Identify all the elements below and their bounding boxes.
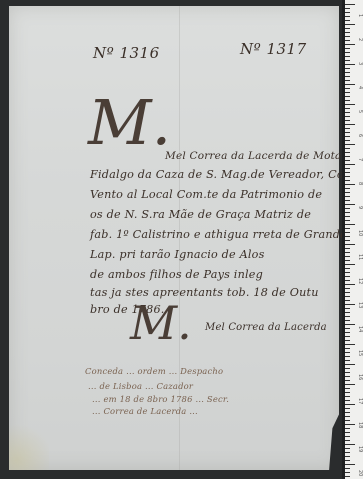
ruler-tick (345, 112, 350, 113)
ruler-tick (345, 340, 350, 341)
ruler-label: 13 (357, 302, 363, 308)
ruler-label: 18 (357, 422, 363, 428)
ruler-tick (345, 376, 350, 377)
ruler-tick (345, 460, 350, 461)
ruler-tick (345, 456, 350, 457)
ruler-tick (345, 244, 355, 245)
ruler-tick (345, 36, 350, 37)
ruler-tick (345, 184, 355, 185)
ruler-tick (345, 312, 350, 313)
ruler-label: 14 (357, 326, 363, 332)
ruler-tick (345, 304, 355, 305)
ruler-tick (345, 88, 350, 89)
ruler-tick (345, 336, 350, 337)
ruler-tick (345, 144, 355, 145)
ruler-tick (345, 400, 350, 401)
signature: Mel Correa da Lacerda (205, 322, 327, 333)
ruler-tick (345, 200, 350, 201)
ruler-tick (345, 120, 350, 121)
ruler-label: 16 (357, 374, 363, 380)
ruler-label: 10 (357, 230, 363, 236)
ruler-tick (345, 440, 350, 441)
folio-number-right: Nº 1317 (240, 40, 307, 58)
ruler-tick (345, 392, 350, 393)
ruler-tick (345, 104, 355, 105)
annotation-line: ... Correa de Lacerda ... (92, 406, 198, 416)
ruler-tick (345, 160, 350, 161)
ruler-tick (345, 432, 350, 433)
ruler-tick (345, 260, 350, 261)
ruler-tick (345, 344, 355, 345)
ruler-tick (345, 388, 350, 389)
ruler-label: 9 (357, 206, 363, 209)
ruler-tick (345, 324, 355, 325)
ruler-tick (345, 228, 350, 229)
ruler-tick (345, 156, 350, 157)
ruler-tick (345, 308, 350, 309)
body-line: Vento al Local Com.te da Patrimonio de (90, 188, 322, 201)
ruler-tick (345, 12, 350, 13)
ruler-tick (345, 248, 350, 249)
signature-flourish: M. (130, 296, 192, 350)
ruler-tick (345, 148, 350, 149)
ruler-tick (345, 60, 350, 61)
ruler-tick (345, 416, 350, 417)
ruler-tick (345, 204, 355, 205)
ruler-tick (345, 216, 350, 217)
ruler-tick (345, 300, 350, 301)
ruler-tick (345, 232, 350, 233)
ruler-tick (345, 224, 355, 225)
ruler-tick (345, 220, 350, 221)
ruler-tick (345, 372, 350, 373)
ruler-tick (345, 428, 350, 429)
ruler-tick (345, 316, 350, 317)
ruler-tick (345, 72, 350, 73)
ruler-tick (345, 176, 350, 177)
ruler-tick (345, 152, 350, 153)
ruler-tick (345, 252, 350, 253)
ruler-label: 4 (357, 86, 363, 89)
ruler-tick (345, 420, 350, 421)
body-line: de ambos filhos de Pays inleg (90, 268, 263, 281)
body-line: os de N. S.ra Mãe de Graça Matriz de (90, 208, 311, 221)
ruler-tick (345, 396, 350, 397)
ruler-tick (345, 24, 355, 25)
ruler-tick (345, 8, 350, 9)
ruler-tick (345, 280, 350, 281)
ruler-tick (345, 68, 350, 69)
ruler-tick (345, 380, 350, 381)
ruler-tick (345, 208, 350, 209)
ruler-tick (345, 332, 350, 333)
ruler-tick (345, 464, 355, 465)
ruler-tick (345, 172, 350, 173)
body-line: Fidalgo da Caza de S. Mag.de Vereador, C… (90, 168, 355, 181)
ruler-tick (345, 448, 350, 449)
ruler-tick (345, 356, 350, 357)
ruler-tick (345, 288, 350, 289)
ruler-tick (345, 92, 350, 93)
ruler-tick (345, 28, 350, 29)
ruler-tick (345, 80, 350, 81)
ruler-tick (345, 276, 350, 277)
ruler-label: 6 (357, 134, 363, 137)
ruler-tick (345, 236, 350, 237)
ruler-tick (345, 116, 350, 117)
ruler-tick (345, 140, 350, 141)
ruler-label: 2 (357, 38, 363, 41)
ruler-tick (345, 296, 350, 297)
ruler-tick (345, 108, 350, 109)
ruler-tick (345, 264, 355, 265)
ruler-tick (345, 444, 355, 445)
ruler-tick (345, 476, 350, 477)
ruler-tick (345, 284, 355, 285)
ruler-tick (345, 136, 350, 137)
annotation-line: ... de Lisboa ... Cazador (88, 381, 193, 391)
ruler-tick (345, 188, 350, 189)
ruler-tick (345, 20, 350, 21)
folio-number-left: Nº 1316 (93, 44, 160, 62)
ruler-label: 3 (357, 62, 363, 65)
ruler-tick (345, 56, 350, 57)
ruler-tick (345, 100, 350, 101)
salutation-flourish: M. (88, 86, 171, 159)
ruler-tick (345, 472, 350, 473)
annotation-line: ... em 18 de 8bro 1786 ... Secr. (92, 394, 229, 404)
ruler-tick (345, 384, 355, 385)
ruler-tick (345, 180, 350, 181)
ruler-label: 15 (357, 350, 363, 356)
ruler-label: 12 (357, 278, 363, 284)
ruler-label: 19 (357, 446, 363, 452)
ruler-tick (345, 404, 355, 405)
ruler-label: 20 (357, 470, 363, 476)
ruler-tick (345, 320, 350, 321)
ruler-label: 1 (357, 14, 363, 17)
ruler-tick (345, 212, 350, 213)
ruler-tick (345, 368, 350, 369)
ruler-label: 8 (357, 182, 363, 185)
ruler-tick (345, 268, 350, 269)
ruler-tick (345, 292, 350, 293)
ruler-tick (345, 412, 350, 413)
scan-frame: Nº 1316 Nº 1317 M. Mel Correa da Lacerda… (0, 0, 363, 479)
ruler-tick (345, 76, 350, 77)
ruler-tick (345, 52, 350, 53)
ruler-tick (345, 84, 355, 85)
ruler-tick (345, 4, 355, 5)
ruler-tick (345, 352, 350, 353)
ruler-tick (345, 272, 350, 273)
ruler-tick (345, 240, 350, 241)
ruler-tick (345, 48, 350, 49)
ruler-tick (345, 40, 350, 41)
ruler-label: 17 (357, 398, 363, 404)
ruler-tick (345, 436, 350, 437)
ruler-tick (345, 132, 350, 133)
ruler-tick (345, 360, 350, 361)
paper-stain (9, 420, 49, 470)
ruler-tick (345, 256, 350, 257)
ruler-tick (345, 452, 350, 453)
ruler-tick (345, 64, 355, 65)
ruler-label: 7 (357, 158, 363, 161)
body-line: fab. 1º Calistrino e athigua rreta de Gr… (90, 228, 347, 241)
measurement-ruler: 1234567891011121314151617181920 (342, 0, 363, 479)
ruler-tick (345, 364, 355, 365)
ruler-tick (345, 44, 355, 45)
ruler-tick (345, 16, 350, 17)
ruler-tick (345, 164, 355, 165)
ruler-tick (345, 192, 350, 193)
ruler-tick (345, 196, 350, 197)
body-line: Mel Correa da Lacerda de Mota (165, 150, 341, 162)
ruler-tick (345, 348, 350, 349)
ruler-tick (345, 424, 355, 425)
ruler-tick (345, 328, 350, 329)
ruler-tick (345, 32, 350, 33)
ruler-tick (345, 124, 355, 125)
ruler-tick (345, 128, 350, 129)
ruler-tick (345, 168, 350, 169)
ruler-label: 5 (357, 110, 363, 113)
ruler-tick (345, 408, 350, 409)
ruler-tick (345, 468, 350, 469)
ruler-tick (345, 96, 350, 97)
annotation-line: Conceda ... ordem ... Despacho (85, 366, 223, 376)
ruler-label: 11 (357, 254, 363, 260)
body-line: tas ja stes apreentants tob. 18 de Outu (90, 286, 319, 299)
body-line: Lap. pri tarão Ignacio de Alos (90, 248, 265, 261)
